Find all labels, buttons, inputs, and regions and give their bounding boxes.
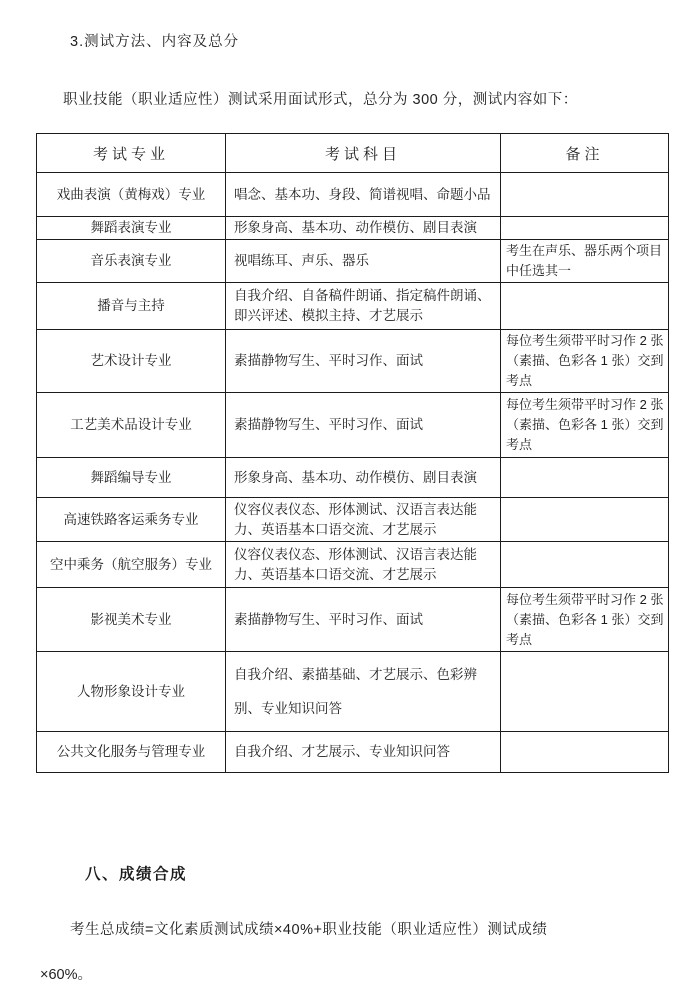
remark-cell bbox=[501, 652, 669, 732]
major-cell: 舞蹈编导专业 bbox=[37, 458, 226, 498]
subjects-cell: 视唱练耳、声乐、器乐 bbox=[226, 240, 501, 283]
major-cell: 影视美术专业 bbox=[37, 588, 226, 652]
remark-cell bbox=[501, 732, 669, 773]
column-header-major: 考试专业 bbox=[37, 134, 226, 173]
major-cell: 公共文化服务与管理专业 bbox=[37, 732, 226, 773]
subjects-cell: 形象身高、基本功、动作模仿、剧目表演 bbox=[226, 458, 501, 498]
subjects-cell: 素描静物写生、平时习作、面试 bbox=[226, 393, 501, 458]
major-cell: 戏曲表演（黄梅戏）专业 bbox=[37, 173, 226, 217]
table-row: 高速铁路客运乘务专业 仪容仪表仪态、形体测试、汉语言表达能力、英语基本口语交流、… bbox=[37, 498, 669, 542]
table-row: 舞蹈表演专业 形象身高、基本功、动作模仿、剧目表演 bbox=[37, 217, 669, 240]
remark-cell bbox=[501, 498, 669, 542]
section-title: 3.测试方法、内容及总分 bbox=[70, 30, 239, 51]
document-page: 3.测试方法、内容及总分 职业技能（职业适应性）测试采用面试形式，总分为 300… bbox=[0, 0, 700, 1005]
subjects-cell: 素描静物写生、平时习作、面试 bbox=[226, 588, 501, 652]
table-row: 音乐表演专业 视唱练耳、声乐、器乐 考生在声乐、器乐两个项目中任选其一 bbox=[37, 240, 669, 283]
score-formula-line1: 考生总成绩=文化素质测试成绩×40%+职业技能（职业适应性）测试成绩 bbox=[70, 918, 547, 939]
table-row: 空中乘务（航空服务）专业 仪容仪表仪态、形体测试、汉语言表达能力、英语基本口语交… bbox=[37, 542, 669, 588]
major-cell: 工艺美术品设计专业 bbox=[37, 393, 226, 458]
table-row: 影视美术专业 素描静物写生、平时习作、面试 每位考生须带平时习作 2 张（素描、… bbox=[37, 588, 669, 652]
subjects-cell: 仪容仪表仪态、形体测试、汉语言表达能力、英语基本口语交流、才艺展示 bbox=[226, 498, 501, 542]
remark-cell: 考生在声乐、器乐两个项目中任选其一 bbox=[501, 240, 669, 283]
major-cell: 空中乘务（航空服务）专业 bbox=[37, 542, 226, 588]
remark-cell: 每位考生须带平时习作 2 张（素描、色彩各 1 张）交到考点 bbox=[501, 588, 669, 652]
table-header-row: 考试专业 考试科目 备注 bbox=[37, 134, 669, 173]
major-cell: 高速铁路客运乘务专业 bbox=[37, 498, 226, 542]
remark-cell bbox=[501, 542, 669, 588]
remark-cell bbox=[501, 173, 669, 217]
footer-section-heading: 八、成绩合成 bbox=[85, 862, 187, 884]
remark-cell bbox=[501, 458, 669, 498]
major-cell: 播音与主持 bbox=[37, 283, 226, 330]
table-row: 工艺美术品设计专业 素描静物写生、平时习作、面试 每位考生须带平时习作 2 张（… bbox=[37, 393, 669, 458]
score-formula-line2: ×60%。 bbox=[40, 963, 92, 984]
intro-paragraph: 职业技能（职业适应性）测试采用面试形式，总分为 300 分，测试内容如下： bbox=[63, 88, 578, 109]
remark-cell bbox=[501, 217, 669, 240]
subjects-cell: 自我介绍、素描基础、才艺展示、色彩辨别、专业知识问答 bbox=[226, 652, 501, 732]
major-cell: 艺术设计专业 bbox=[37, 330, 226, 393]
major-cell: 舞蹈表演专业 bbox=[37, 217, 226, 240]
subjects-cell: 形象身高、基本功、动作模仿、剧目表演 bbox=[226, 217, 501, 240]
table-row: 戏曲表演（黄梅戏）专业 唱念、基本功、身段、简谱视唱、命题小品 bbox=[37, 173, 669, 217]
table-row: 舞蹈编导专业 形象身高、基本功、动作模仿、剧目表演 bbox=[37, 458, 669, 498]
subjects-cell: 仪容仪表仪态、形体测试、汉语言表达能力、英语基本口语交流、才艺展示 bbox=[226, 542, 501, 588]
subjects-cell: 唱念、基本功、身段、简谱视唱、命题小品 bbox=[226, 173, 501, 217]
table-row: 艺术设计专业 素描静物写生、平时习作、面试 每位考生须带平时习作 2 张（素描、… bbox=[37, 330, 669, 393]
subjects-cell: 自我介绍、才艺展示、专业知识问答 bbox=[226, 732, 501, 773]
subjects-cell: 自我介绍、自备稿件朗诵、指定稿件朗诵、即兴评述、模拟主持、才艺展示 bbox=[226, 283, 501, 330]
subjects-cell: 素描静物写生、平时习作、面试 bbox=[226, 330, 501, 393]
exam-table: 考试专业 考试科目 备注 戏曲表演（黄梅戏）专业 唱念、基本功、身段、简谱视唱、… bbox=[36, 133, 669, 773]
major-cell: 音乐表演专业 bbox=[37, 240, 226, 283]
remark-cell bbox=[501, 283, 669, 330]
remark-cell: 每位考生须带平时习作 2 张（素描、色彩各 1 张）交到考点 bbox=[501, 330, 669, 393]
table-row: 公共文化服务与管理专业 自我介绍、才艺展示、专业知识问答 bbox=[37, 732, 669, 773]
remark-cell: 每位考生须带平时习作 2 张（素描、色彩各 1 张）交到考点 bbox=[501, 393, 669, 458]
major-cell: 人物形象设计专业 bbox=[37, 652, 226, 732]
column-header-remark: 备注 bbox=[501, 134, 669, 173]
table-row: 人物形象设计专业 自我介绍、素描基础、才艺展示、色彩辨别、专业知识问答 bbox=[37, 652, 669, 732]
column-header-subjects: 考试科目 bbox=[226, 134, 501, 173]
table-row: 播音与主持 自我介绍、自备稿件朗诵、指定稿件朗诵、即兴评述、模拟主持、才艺展示 bbox=[37, 283, 669, 330]
